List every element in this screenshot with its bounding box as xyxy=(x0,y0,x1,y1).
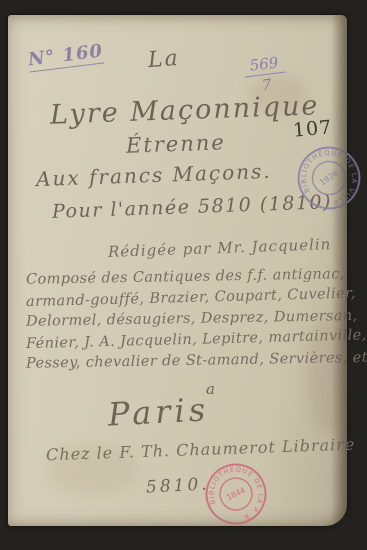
catalog-fraction-annotation: 569 7 xyxy=(243,53,288,97)
stamp-center-text: 1926 xyxy=(318,169,340,188)
subtitle-etrenne: Étrenne xyxy=(126,130,226,157)
library-stamp-red-icon: BIBLIOTHÈQUE DE LA P. R. 1844 xyxy=(193,451,278,536)
stamp-center-text: 1844 xyxy=(225,486,247,502)
manuscript-page: N° 160 La 569 7 Lyre Maçonnique Étrenne … xyxy=(8,15,347,526)
authors-line: Pessey, chevalier de St-amand, Servières… xyxy=(26,348,346,375)
page-title: Lyre Maçonnique xyxy=(50,90,320,130)
subtitle-dedication: Aux francs Maçons. xyxy=(36,159,272,191)
title-article: La xyxy=(147,46,180,73)
publisher-line: Chez le F. Th. Chaumerot Libraire xyxy=(46,435,356,465)
place-name: Paris xyxy=(107,390,210,433)
editor-line: Rédigée par Mr. Jacquelin xyxy=(108,235,332,261)
library-stamp-red: BIBLIOTHÈQUE DE LA P. R. 1844 xyxy=(193,451,278,536)
authors-paragraph: Composé des Cantiques des f.f. antignac,… xyxy=(26,267,346,372)
scanned-page-frame: N° 160 La 569 7 Lyre Maçonnique Étrenne … xyxy=(0,0,367,550)
year-line: Pour l'année 5810 (1810) xyxy=(52,191,333,223)
shelf-number-annotation: N° 160 xyxy=(27,40,105,72)
